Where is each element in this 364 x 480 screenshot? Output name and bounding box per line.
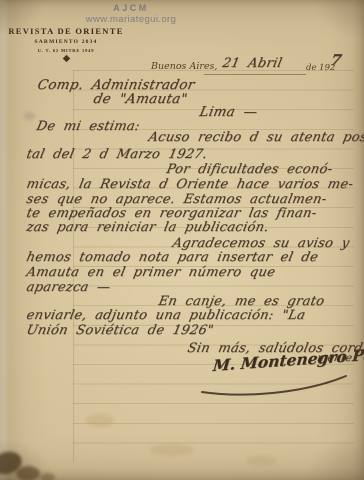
paper-stain (86, 414, 114, 427)
recipient-line: de "Amauta" (92, 91, 189, 107)
salutation: De mi estima: (35, 119, 141, 134)
dateline-year-digit: 7 (329, 51, 344, 69)
body-line: aparezca — (25, 280, 112, 295)
watermark: AJCM www.mariategui.org (58, 3, 204, 25)
paper-stain (246, 456, 276, 466)
ink-stain (16, 466, 40, 480)
watermark-acronym: AJCM (58, 3, 204, 13)
body-line: te empeñados en reorganizar las finan- (25, 206, 318, 221)
body-line: zas para reiniciar la publicación. (25, 220, 270, 235)
watermark-url: www.mariategui.org (58, 14, 204, 25)
body-line: enviarle, adjunto una publicación: "La (25, 308, 307, 323)
letterhead-title: REVISTA DE ORIENTE (8, 26, 124, 36)
ink-stain (40, 473, 55, 480)
letterhead: REVISTA DE ORIENTE SARMIENTO 2034 U. T. … (8, 26, 124, 61)
body-line: hemos tomado nota para insertar el de (25, 250, 320, 265)
body-line: micas, la Revista d Oriente hace varios … (25, 177, 355, 192)
body-line: tal del 2 d Marzo 1927. (25, 147, 209, 162)
scanned-letter-page: AJCM www.mariategui.org REVISTA DE ORIEN… (0, 0, 364, 480)
letterhead-address: SARMIENTO 2034 (8, 39, 124, 45)
dateline-city: Buenos Aires, (151, 61, 217, 72)
dateline-day-month: 21 Abril (221, 56, 284, 71)
body-line: Por dificultades econó- (165, 162, 334, 177)
body-line: Amauta en el primer número que (25, 265, 277, 280)
body-line: Agradecemos su aviso y (171, 236, 351, 251)
body-line: En canje, me es grato (157, 294, 326, 309)
paper-stain (24, 112, 35, 120)
dateline-rule (204, 74, 306, 75)
body-line: Unión Soviética de 1926" (25, 323, 215, 338)
paper-stain (150, 444, 194, 456)
ink-stain (0, 448, 24, 477)
body-line: ses que no aparece. Estamos actualmen- (25, 192, 328, 207)
body-line: Acuso recibo d su atenta pos- (147, 130, 364, 145)
fleuron-icon (62, 54, 69, 61)
recipient-line: Lima — (198, 104, 259, 120)
letterhead-phone: U. T. 62 MITRE 1949 (8, 48, 124, 53)
